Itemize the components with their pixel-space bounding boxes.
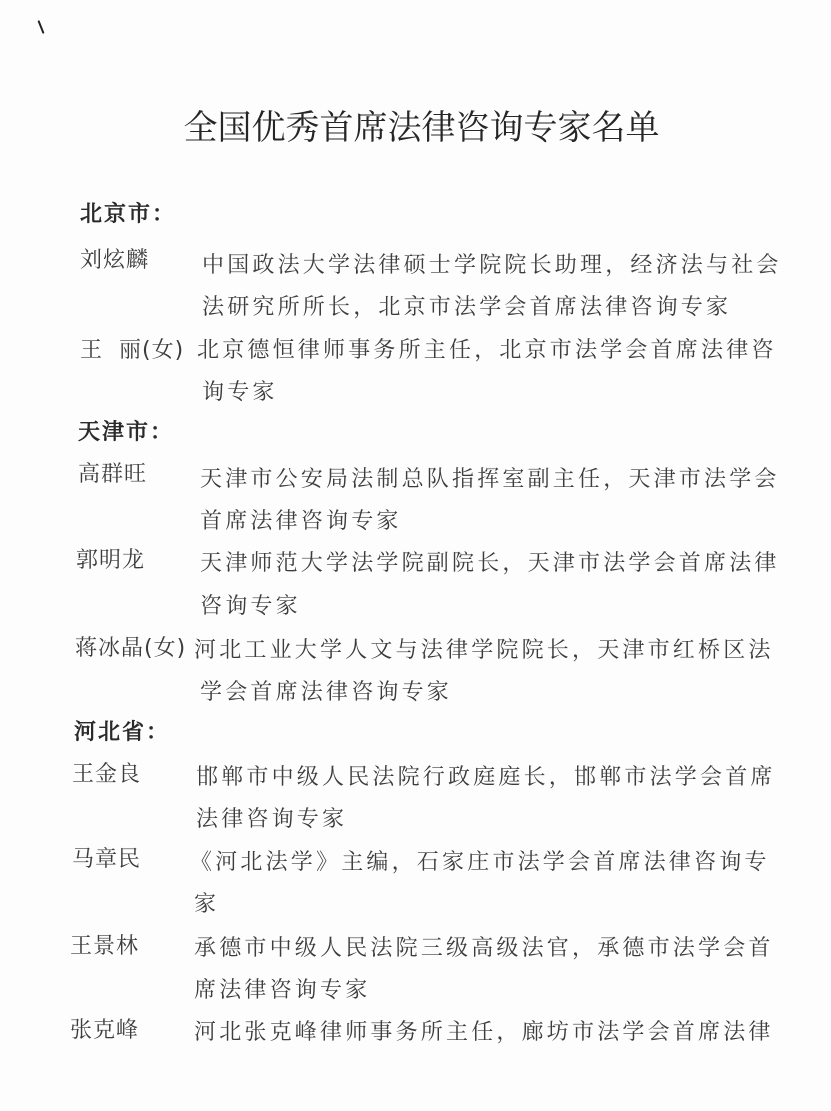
expert-desc-line: 承德市中级人民法院三级高级法官，承德市法学会首 bbox=[194, 934, 774, 964]
expert-desc-line: 席法律咨询专家 bbox=[194, 976, 370, 1006]
expert-name: 刘炫麟 bbox=[80, 246, 149, 276]
expert-name: 高群旺 bbox=[78, 460, 147, 490]
expert-name: 郭明龙 bbox=[76, 546, 145, 576]
expert-desc-line: 邯郸市中级人民法院行政庭庭长，邯郸市法学会首席 bbox=[196, 763, 776, 793]
expert-desc-line: 河北张克峰律师事务所主任，廊坊市法学会首席法律 bbox=[194, 1018, 774, 1048]
expert-desc-line: 法研究所所长，北京市法学会首席法律咨询专家 bbox=[202, 293, 731, 323]
expert-desc-line: 咨询专家 bbox=[200, 592, 301, 622]
expert-desc-line: 学会首席法律咨询专家 bbox=[200, 678, 452, 708]
region-heading-beijing: 北京市： bbox=[80, 200, 176, 230]
expert-desc-line: 天津师范大学法学院副院长，天津市法学会首席法律 bbox=[200, 549, 780, 579]
expert-desc-line: 法律咨询专家 bbox=[196, 805, 347, 835]
region-heading-tianjin: 天津市： bbox=[78, 418, 174, 448]
expert-name: 张克峰 bbox=[70, 1016, 139, 1046]
scan-mark bbox=[37, 20, 44, 34]
expert-name: 马章民 bbox=[72, 845, 141, 875]
expert-desc-line: 中国政法大学法律硕士学院院长助理，经济法与社会 bbox=[202, 251, 782, 281]
expert-desc-line: 北京德恒律师事务所主任，北京市法学会首席法律咨 bbox=[197, 336, 777, 366]
region-heading-hebei: 河北省： bbox=[74, 718, 170, 748]
expert-name: 王景林 bbox=[70, 932, 139, 962]
expert-desc-line: 天津市公安局法制总队指挥室副主任，天津市法学会 bbox=[200, 465, 780, 495]
expert-name: 王 丽(女) bbox=[80, 336, 184, 366]
document-title: 全国优秀首席法律咨询专家名单 bbox=[0, 106, 831, 150]
expert-desc-line: 询专家 bbox=[202, 378, 278, 408]
expert-desc-line: 《河北法学》主编，石家庄市法学会首席法律咨询专 bbox=[190, 848, 770, 878]
expert-desc-line: 河北工业大学人文与法律学院院长，天津市红桥区法 bbox=[194, 636, 774, 666]
expert-desc-line: 首席法律咨询专家 bbox=[200, 507, 402, 537]
expert-desc-line: 家 bbox=[194, 890, 219, 920]
expert-name: 王金良 bbox=[72, 760, 141, 790]
document-page: 全国优秀首席法律咨询专家名单 北京市： 刘炫麟 中国政法大学法律硕士学院院长助理… bbox=[0, 0, 831, 1111]
expert-name: 蒋冰晶(女) bbox=[75, 634, 186, 664]
